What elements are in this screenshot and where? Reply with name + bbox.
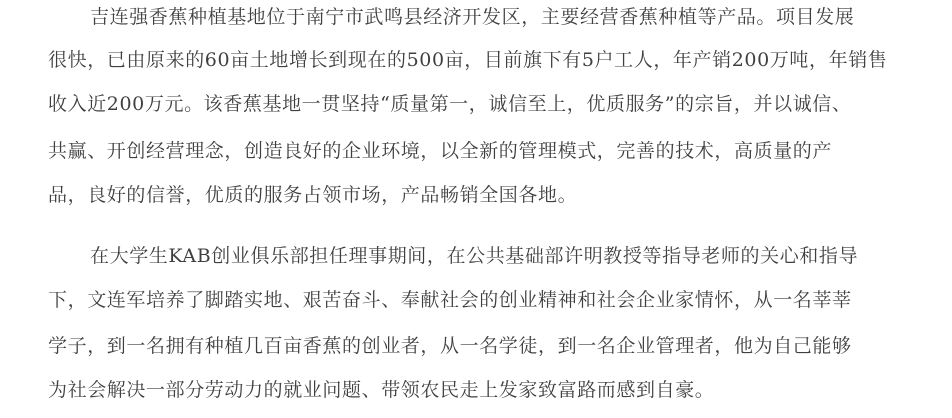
paragraph-line: 学子，到一名拥有种植几百亩香蕉的创业者，从一名学徒，到一名企业管理者，他为自己能… — [48, 333, 852, 359]
paragraph-line: 品，良好的信誉，优质的服务占领市场，产品畅销全国各地。 — [48, 182, 577, 208]
document-body: 吉连强香蕉种植基地位于南宁市武鸣县经济开发区，主要经营香蕉种植等产品。项目发展 … — [0, 0, 952, 418]
paragraph-line: 在大学生KAB创业俱乐部担任理事期间，在公共基础部许明教授等指导老师的关心和指导 — [90, 243, 858, 269]
paragraph-line: 很快，已由原来的60亩土地增长到现在的500亩，目前旗下有5户工人，年产销200… — [48, 47, 887, 73]
paragraph-line: 下，文连军培养了脚踏实地、艰苦奋斗、奉献社会的创业精神和社会企业家情怀，从一名莘… — [48, 287, 852, 313]
paragraph-line: 共赢、开创经营理念，创造良好的企业环境，以全新的管理模式，完善的技术，高质量的产 — [48, 138, 832, 164]
paragraph-line: 吉连强香蕉种植基地位于南宁市武鸣县经济开发区，主要经营香蕉种植等产品。项目发展 — [90, 4, 854, 30]
paragraph-line: 为社会解决一部分劳动力的就业问题、带领农民走上发家致富路而感到自豪。 — [48, 377, 714, 403]
paragraph-line: 收入近200万元。该香蕉基地一贯坚持“质量第一，诚信至上，优质服务”的宗旨，并以… — [48, 91, 852, 117]
